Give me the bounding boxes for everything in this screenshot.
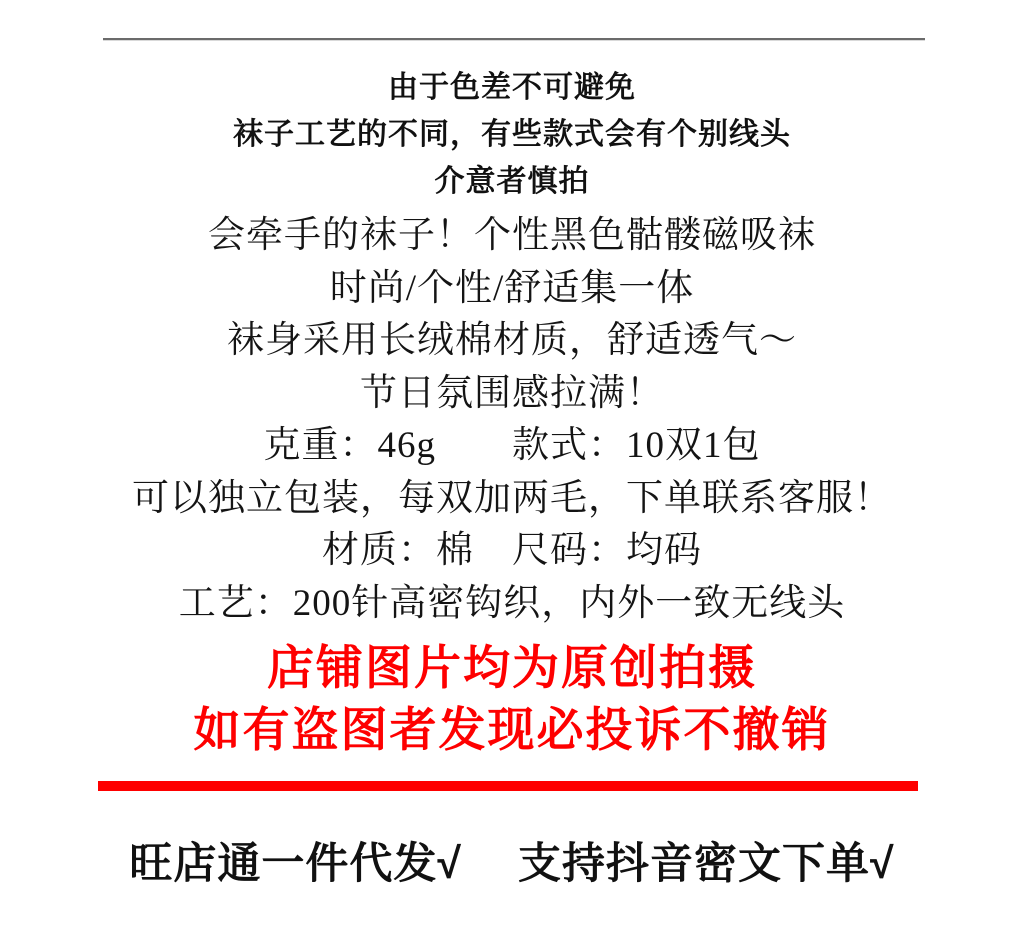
product-description-page: 由于色差不可避免 袜子工艺的不同，有些款式会有个别线头 介意者慎拍 会牵手的袜子… — [0, 0, 1024, 943]
description-line-3: 袜身采用长绒棉材质，舒适透气～ — [0, 315, 1024, 368]
red-divider — [98, 781, 918, 791]
description-line-2: 时尚/个性/舒适集一体 — [0, 263, 1024, 316]
product-description: 会牵手的袜子！个性黑色骷髅磁吸袜 时尚/个性/舒适集一体 袜身采用长绒棉材质，舒… — [0, 210, 1024, 630]
description-line-weight-style: 克重：46g 款式：10双1包 — [0, 420, 1024, 473]
description-line-craft: 工艺：200针高密钩织，内外一致无线头 — [0, 578, 1024, 631]
description-line-material-size: 材质：棉 尺码：均码 — [0, 525, 1024, 578]
description-line-4: 节日氛围感拉满！ — [0, 368, 1024, 421]
notice-line-3: 介意者慎拍 — [0, 158, 1024, 205]
anti-theft-warning: 店铺图片均为原创拍摄 如有盗图者发现必投诉不撤销 — [0, 637, 1024, 761]
color-difference-notice: 由于色差不可避免 袜子工艺的不同，有些款式会有个别线头 介意者慎拍 — [0, 64, 1024, 205]
notice-line-2: 袜子工艺的不同，有些款式会有个别线头 — [0, 111, 1024, 158]
footer-service-douyin: 支持抖音密文下单√ — [518, 838, 895, 890]
description-line-1: 会牵手的袜子！个性黑色骷髅磁吸袜 — [0, 210, 1024, 263]
warning-line-2: 如有盗图者发现必投诉不撤销 — [0, 699, 1024, 761]
footer-services: 旺店通一件代发√ 支持抖音密文下单√ — [0, 838, 1024, 890]
description-line-packaging: 可以独立包装，每双加两毛，下单联系客服！ — [0, 473, 1024, 526]
warning-line-1: 店铺图片均为原创拍摄 — [0, 637, 1024, 699]
top-divider — [103, 38, 925, 40]
footer-service-dropship: 旺店通一件代发√ — [129, 838, 462, 890]
notice-line-1: 由于色差不可避免 — [0, 64, 1024, 111]
